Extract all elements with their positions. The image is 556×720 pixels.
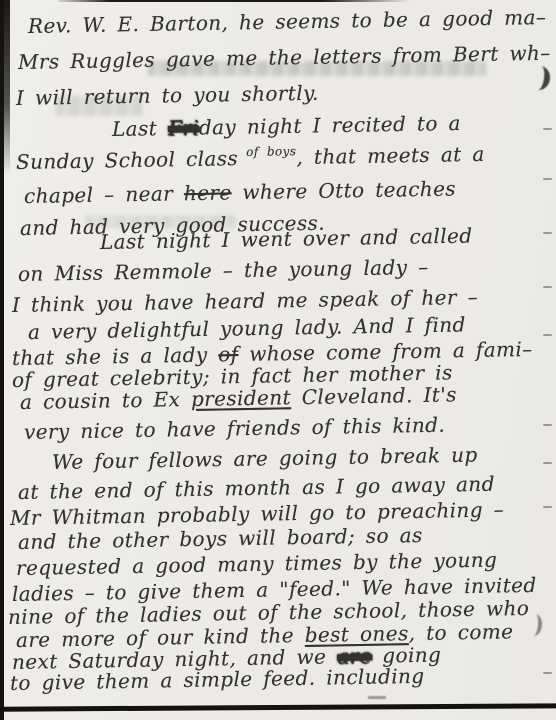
letter-segment: Sunday School class [16, 146, 239, 174]
margin-tick [543, 286, 552, 288]
letter-segment: Last night I went over and called [100, 224, 473, 254]
letter-segment: Rev. W. E. Barton, he seems to be a good… [28, 5, 547, 38]
letter-segment: Last [112, 116, 168, 141]
letter-line: Sunday School class of boys, that meets … [16, 142, 485, 174]
letter-segment: , that meets at a [296, 142, 485, 169]
letter-segment: I think you have heard me speak of her – [12, 285, 478, 317]
letter-line: Rev. W. E. Barton, he seems to be a good… [28, 5, 547, 38]
margin-tick [543, 424, 552, 426]
letter-line: I think you have heard me speak of her – [12, 285, 478, 317]
margin-tick [543, 462, 552, 464]
letter-line: chapel – near here where Otto teaches [24, 176, 456, 208]
margin-tick [543, 334, 552, 336]
margin-tick [543, 178, 552, 180]
letter-lines: Rev. W. E. Barton, he seems to be a good… [0, 0, 556, 720]
letter-segment: very nice to have friends of this kind. [24, 413, 446, 444]
letter-line: on Miss Remmole – the young lady – [18, 255, 429, 286]
margin-tick [543, 506, 552, 508]
margin-tick [543, 232, 552, 234]
letter-segment: chapel – near [24, 181, 184, 208]
letter-segment: , to come [408, 619, 513, 645]
letter-line: Mrs Ruggles gave me the letters from Ber… [18, 41, 551, 74]
letter-page: Rev. W. E. Barton, he seems to be a good… [0, 0, 556, 720]
letter-segment-strike: of [218, 342, 239, 366]
letter-segment: day night I recited to a [199, 111, 461, 140]
letter-segment: on Miss Remmole – the young lady – [18, 255, 429, 286]
margin-tick [543, 672, 552, 674]
letter-segment: where Otto teaches [231, 176, 456, 204]
letter-line: We four fellows are going to break up [52, 443, 478, 474]
letter-line: I will return to you shortly. [16, 81, 319, 110]
letter-segment-sup: of boys [238, 144, 297, 159]
letter-segment-strike: here [184, 180, 232, 205]
letter-line: very nice to have friends of this kind. [24, 413, 446, 444]
letter-line: Last Friday night I recited to a [112, 111, 461, 141]
letter-segment: I will return to you shortly. [16, 81, 319, 110]
letter-segment: a cousin to Ex [20, 387, 191, 414]
letter-line: Last night I went over and called [100, 224, 473, 254]
letter-segment-underline: president [191, 385, 291, 411]
letter-segment-scribble: Fri [168, 115, 199, 140]
letter-segment: Cleveland. It's [291, 382, 457, 409]
letter-segment: Mrs Ruggles gave me the letters from Ber… [18, 41, 551, 74]
margin-tick [543, 128, 552, 130]
letter-segment: We four fellows are going to break up [52, 443, 478, 474]
